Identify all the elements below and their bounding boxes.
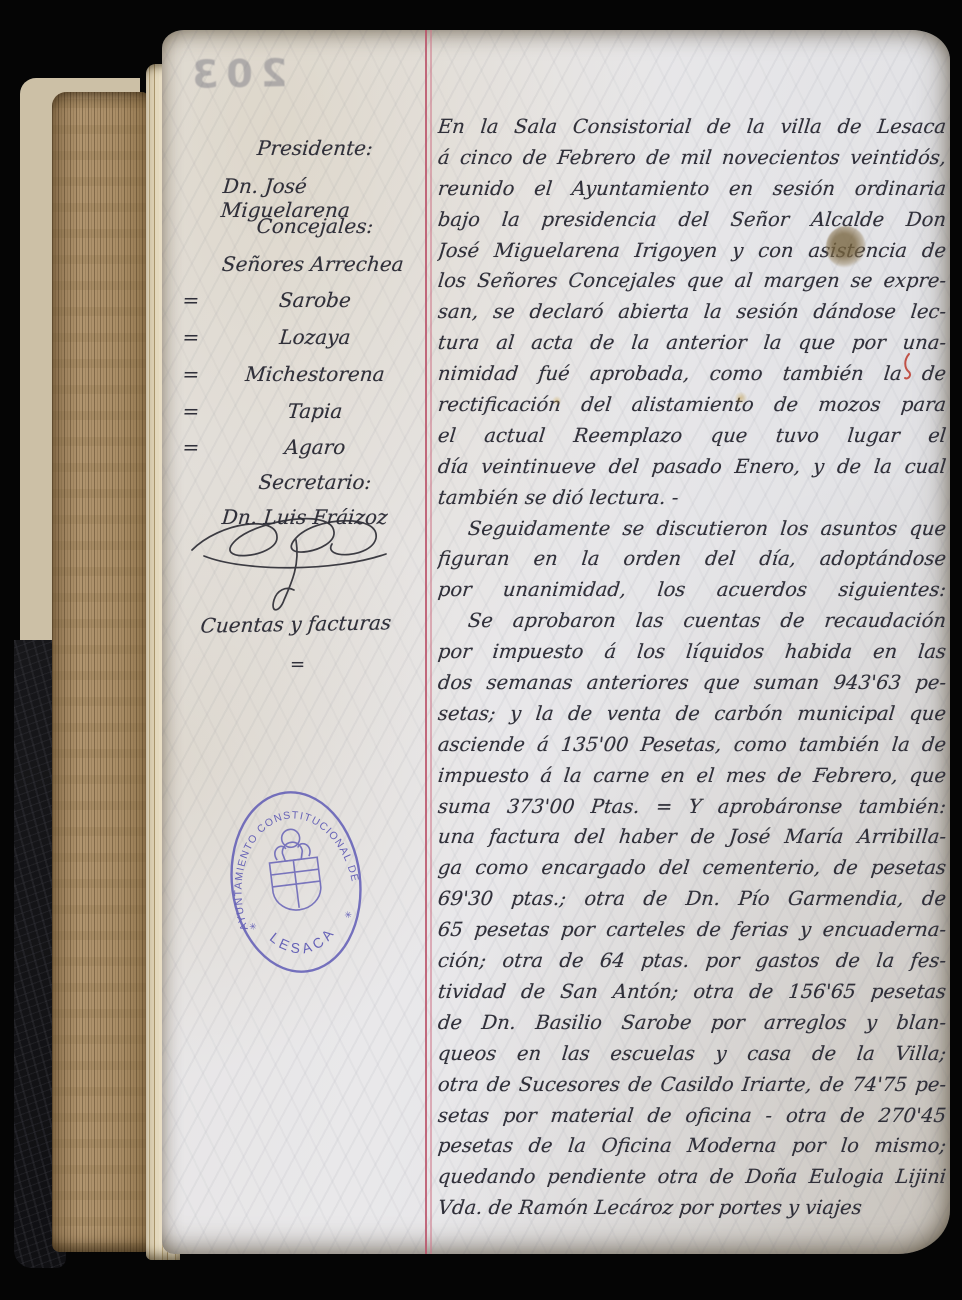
svg-text:LESACA: LESACA xyxy=(265,922,341,961)
manuscript-line: Vda. de Ramón Lecároz por portes y viaje… xyxy=(436,1193,947,1224)
manuscript-line: José Miguelarena Irigoyen y con asistenc… xyxy=(436,236,947,267)
manuscript-line: 69'30 ptas.; otra de Dn. Pío Garmendia, … xyxy=(436,884,947,915)
manuscript-line: Seguidamente se discutieron los asuntos … xyxy=(436,514,947,545)
margin-note-text: Sarobe xyxy=(207,288,423,312)
margin-note-dash: = xyxy=(173,435,209,459)
manuscript-line: setas por material de oficina - otra de … xyxy=(436,1101,947,1132)
manuscript-line: figuran en la orden del día, adoptándose xyxy=(436,544,947,575)
manuscript-line: de Dn. Basilio Sarobe por arreglos y bla… xyxy=(436,1008,947,1039)
manuscript-line: día veintinueve del pasado Enero, y de l… xyxy=(436,452,947,483)
red-ink-mark xyxy=(900,352,918,382)
manuscript-line: rectificación del alistamiento de mozos … xyxy=(436,390,947,421)
manuscript-line: setas; y la de venta de carbón municipal… xyxy=(436,699,947,730)
manuscript-line: impuesto á la carne en el mes de Febrero… xyxy=(436,761,947,792)
stamp-coat-of-arms xyxy=(266,826,324,912)
margin-note-dash: = xyxy=(173,362,209,386)
manuscript-line: el actual Reemplazo que tuvo lugar el xyxy=(436,421,947,452)
margin-note-text: Presidente: xyxy=(207,136,423,160)
manuscript-page: 203 Presidente:Dn. José MiguelarenaConce… xyxy=(162,30,950,1254)
small-stain xyxy=(734,392,748,404)
secretary-rubric-flourish xyxy=(174,498,424,628)
margin-note: =Agaro xyxy=(173,435,423,459)
manuscript-line: bajo la presidencia del Señor Alcalde Do… xyxy=(436,205,947,236)
manuscript-line: otra de Sucesores de Casildo Iriarte, de… xyxy=(436,1070,947,1101)
municipal-stamp: AYUNTAMIENTO CONSTITUCIONAL DE LESACA ✳ … xyxy=(193,762,398,1002)
red-margin-rule-inner xyxy=(430,30,432,1254)
margin-note: Concejales: xyxy=(173,214,423,238)
manuscript-line: En la Sala Consistorial de la villa de L… xyxy=(436,112,947,143)
small-stain xyxy=(552,396,562,405)
margin-note: =Lozaya xyxy=(173,325,423,349)
wax-stain xyxy=(826,226,866,268)
margin-note: =Tapia xyxy=(173,399,423,423)
section-label-dash: = xyxy=(290,654,305,675)
margin-note-text: Concejales: xyxy=(207,214,423,238)
margin-note-dash: = xyxy=(173,288,209,312)
stamp-star-right: ✳ xyxy=(344,910,353,921)
margin-note-text: Secretario: xyxy=(207,470,423,494)
manuscript-line: á cinco de Febrero de mil novecientos ve… xyxy=(436,143,947,174)
manuscript-line: Se aprobaron las cuentas de recaudación xyxy=(436,606,947,637)
stamp-star-left: ✳ xyxy=(249,922,258,933)
manuscript-line: dos semanas anteriores que suman 943'63 … xyxy=(436,668,947,699)
manuscript-line: ción; otra de 64 ptas. por gastos de la … xyxy=(436,946,947,977)
manuscript-line: los Señores Concejales que al margen se … xyxy=(436,266,947,297)
page-block-fore-edge xyxy=(52,92,148,1252)
manuscript-line: suma 373'00 Ptas. = Y aprobáronse tambié… xyxy=(436,792,947,823)
margin-note: =Michestorena xyxy=(173,362,423,386)
margin-note: Señores Arrechea xyxy=(173,252,423,276)
manuscript-line: tividad de San Antón; otra de 156'65 pes… xyxy=(436,977,947,1008)
manuscript-line: ga como encargado del cementerio, de pes… xyxy=(436,853,947,884)
margin-note-text: Agaro xyxy=(207,435,423,459)
manuscript-line: 65 pesetas por carteles de ferias y encu… xyxy=(436,915,947,946)
manuscript-line: tura al acta de la anterior la que por u… xyxy=(436,328,947,359)
manuscript-line: asciende á 135'00 Pesetas, como también … xyxy=(436,730,947,761)
margin-note: =Sarobe xyxy=(173,288,423,312)
margin-notes-column: Presidente:Dn. José MiguelarenaConcejale… xyxy=(174,30,422,1254)
manuscript-line: nimidad fué aprobada, como también la de xyxy=(436,359,947,390)
margin-note-text: Michestorena xyxy=(207,362,423,386)
manuscript-line: una factura del haber de José María Arri… xyxy=(436,822,947,853)
section-label: Cuentas y facturas xyxy=(169,610,424,638)
manuscript-line: reunido el Ayuntamiento en sesión ordina… xyxy=(436,174,947,205)
manuscript-line: por unanimidad, los acuerdos siguientes: xyxy=(436,575,947,606)
manuscript-line: san, se declaró abierta la sesión dándos… xyxy=(436,297,947,328)
stamp-town-text: LESACA xyxy=(265,922,341,961)
margin-note-dash: = xyxy=(173,325,209,349)
scanned-book-photo: 203 Presidente:Dn. José MiguelarenaConce… xyxy=(0,0,962,1300)
margin-note-text: Lozaya xyxy=(207,325,423,349)
manuscript-line: también se dió lectura. - xyxy=(436,483,947,514)
manuscript-line: queos en las escuelas y casa de la Villa… xyxy=(436,1039,947,1070)
manuscript-line: pesetas de la Oficina Moderna por lo mis… xyxy=(436,1131,947,1162)
margin-note: Presidente: xyxy=(173,136,423,160)
margin-note-text: Señores Arrechea xyxy=(221,252,423,276)
manuscript-line: por impuesto á los líquidos habida en la… xyxy=(436,637,947,668)
manuscript-line: quedando pendiente otra de Doña Eulogia … xyxy=(436,1162,947,1193)
margin-note: Secretario: xyxy=(173,470,423,494)
red-margin-rule xyxy=(425,30,427,1254)
margin-note-text: Tapia xyxy=(207,399,423,423)
margin-note-dash: = xyxy=(173,399,209,423)
body-text-column: En la Sala Consistorial de la villa de L… xyxy=(438,112,946,1224)
